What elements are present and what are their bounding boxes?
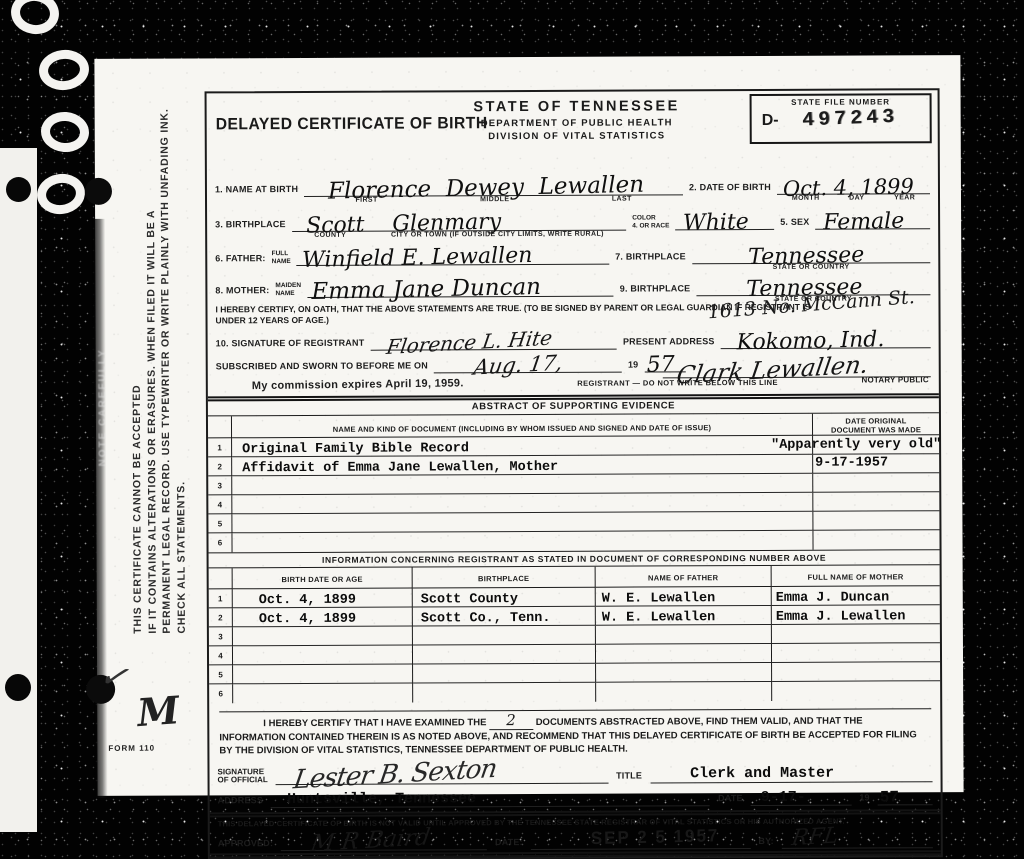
info-col-mother: FULL NAME OF MOTHER (772, 565, 940, 587)
certificate-form: DELAYED CERTIFICATE OF BIRTH STATE OF TE… (205, 88, 943, 859)
info-row-number: 1 (209, 589, 233, 608)
info-col-father: NAME OF FATHER (596, 566, 772, 588)
info-cell-mother (772, 643, 940, 663)
info-cell-birth (233, 627, 413, 647)
title-value: Clerk and Master (690, 765, 834, 783)
sex-field: Female (815, 199, 930, 230)
commission-row: My commission expires April 19, 1959. RE… (216, 373, 931, 393)
registrant-info-table: BIRTH DATE OR AGE BIRTHPLACE NAME OF FAT… (209, 565, 941, 703)
approval-row: APPROVED: M R Baird DATE: SEP 2 5 1957 B… (218, 826, 933, 851)
info-father-2: W. E. Lewallen (602, 610, 715, 625)
year-prefix: 19 (859, 794, 869, 806)
state-file-number-box: STATE FILE NUMBER D- 497243 (750, 93, 932, 144)
info-col-birthdate: BIRTH DATE OR AGE (233, 568, 413, 590)
edge-note-careful: NOTE CAREFULLY (95, 326, 111, 488)
year-value: 57 (880, 788, 899, 806)
official-signature-field: Lester B. Sexton (276, 758, 608, 785)
approval-date-field: SEP 2 5 1957 (531, 827, 751, 850)
sex-label: 5. SEX (780, 218, 809, 230)
abstract-row-date: "Apparently very old" (812, 435, 939, 455)
info-cell-father: W. E. Lewallen (596, 606, 772, 626)
binder-hole-icon (34, 171, 87, 217)
abstract-row-number: 6 (208, 533, 232, 552)
abstract-row-document: Original Family Bible Record (232, 436, 812, 458)
scanned-document-background: { "scan": { "edge_note": "NOTE CAREFULLY… (0, 0, 1024, 859)
notary-signature-field: Clark Lewallen. (663, 351, 931, 378)
field-row-father: 6. FATHER: FULL NAME Winfield E. Lewalle… (215, 233, 930, 266)
date-of-birth-field: Oct. 4, 1899 MONTH DAY YEAR (777, 162, 930, 195)
race-label-bottom: 4. OR RACE (632, 222, 669, 230)
abstract-row-date (812, 511, 939, 531)
official-signature-label: SIGNATURE OF OFFICIAL (217, 768, 267, 785)
info-cell-place: Scott County (413, 588, 596, 608)
abstract-row-date (812, 492, 939, 512)
document-count-field: 2 (489, 716, 533, 730)
oath-statement: I HEREBY CERTIFY, ON OATH, THAT THE ABOV… (215, 302, 835, 326)
abstract-row-number: 1 (208, 438, 232, 457)
present-address-label: PRESENT ADDRESS (623, 337, 715, 349)
info-birth-2: Oct. 4, 1899 (259, 612, 356, 627)
address-field: Huntsville, Tennessee (271, 787, 710, 808)
abstract-row-document (232, 531, 812, 553)
father-label-bottom: NAME (272, 258, 291, 266)
abstract-row-document (232, 512, 812, 534)
punch-hole-icon (85, 178, 112, 205)
mother-label-top: MAIDEN (275, 282, 301, 290)
sworn-year-prefix: 19 (628, 361, 638, 373)
mother-name-field: Emma Jane Duncan (307, 268, 614, 298)
notary-public-label: NOTARY PUBLIC (861, 376, 930, 387)
info-row-number: 2 (209, 608, 233, 627)
approved-signature-field: M R Baird (281, 828, 487, 851)
abstract-table: NAME AND KIND OF DOCUMENT (INCLUDING BY … (208, 413, 940, 552)
title-field: Clerk and Master (650, 756, 933, 783)
certification-text-1: I HEREBY CERTIFY THAT I HAVE EXAMINED TH… (263, 717, 486, 729)
mother-birthplace-label: 9. BIRTHPLACE (620, 284, 691, 296)
birthplace-label: 3. BIRTHPLACE (215, 220, 286, 232)
father-label-top: FULL (272, 250, 291, 258)
handwritten-checkmark: ✓ (95, 654, 131, 699)
abstract-row-date: 9-17-1957 (812, 454, 939, 474)
abstract-row-date (812, 530, 939, 550)
father-birthplace-label: 7. BIRTHPLACE (615, 252, 686, 264)
info-cell-place (413, 626, 596, 646)
form-header: DELAYED CERTIFICATE OF BIRTH STATE OF TE… (207, 90, 938, 155)
date-label: DATE (718, 794, 743, 806)
abstract-row-number: 4 (208, 495, 232, 514)
name-at-birth-label: 1. NAME AT BIRTH (215, 185, 298, 197)
official-address-row: ADDRESS Huntsville, Tennessee DATE 9-17-… (218, 786, 933, 808)
father-label: 6. FATHER: (215, 254, 265, 266)
binder-hole-icon (40, 110, 91, 153)
sidebar-instruction-line: PERMANENT LEGAL RECORD. USE TYPEWRITER O… (158, 148, 175, 634)
info-row-number: 3 (209, 627, 233, 646)
date-value: 9-17- (761, 789, 806, 806)
approved-label: APPROVED: (218, 839, 273, 851)
sworn-label: SUBSCRIBED AND SWORN TO BEFORE ME ON (216, 362, 428, 375)
date-of-birth-label: 2. DATE OF BIRTH (689, 183, 771, 195)
info-place-2: Scott Co., Tenn. (421, 611, 551, 627)
abstract-date-2: 9-17-1957 (815, 455, 888, 470)
division-name: DIVISION OF VITAL STATISTICS (447, 130, 707, 142)
binder-hole-icon (37, 47, 91, 92)
abstract-doc-1: Original Family Bible Record (242, 441, 469, 457)
by-signature-value: RFL (790, 823, 840, 851)
info-cell-father: W. E. Lewallen (596, 587, 772, 607)
father-fullname-label: FULL NAME (272, 250, 291, 266)
certificate-paper: NOTE CAREFULLY THIS CERTIFICATE CANNOT B… (94, 55, 963, 796)
field-row-registrant-signature: 10. SIGNATURE OF REGISTRANT Florence L. … (216, 324, 931, 351)
info-cell-mother (772, 662, 940, 682)
sidebar-instruction-line: CHECK ALL STATEMENTS. (172, 147, 189, 633)
info-cell-birth (233, 646, 413, 666)
info-cell-place (413, 664, 596, 684)
punch-hole-icon (6, 177, 31, 202)
info-cell-father (596, 625, 772, 645)
abstract-row-date (812, 473, 939, 493)
info-cell-father (596, 682, 772, 702)
issuing-authority: STATE OF TENNESSEE DEPARTMENT OF PUBLIC … (447, 98, 707, 142)
sworn-date-field: Aug. 17, (434, 352, 622, 374)
info-cell-father (596, 663, 772, 683)
abstract-row-number: 5 (208, 514, 232, 533)
title-label: TITLE (616, 772, 642, 784)
sidebar-instructions: THIS CERTIFICATE CANNOT BE ACCEPTED IF I… (129, 147, 189, 633)
by-label: BY: (758, 837, 773, 849)
address-label: ADDRESS (218, 796, 263, 808)
color-or-race-value: White (683, 213, 749, 234)
abstract-doc-2: Affidavit of Emma Jane Lewallen, Mother (242, 460, 558, 476)
info-cell-mother (772, 681, 940, 701)
official-signature-row: SIGNATURE OF OFFICIAL Lester B. Sexton T… (217, 756, 932, 785)
by-signature-field: RFL (782, 826, 933, 849)
date-field: 9-17- (751, 787, 852, 806)
abstract-row-number: 2 (208, 457, 232, 476)
info-row-number: 6 (209, 684, 233, 703)
sig-label-bottom: OF OFFICIAL (218, 776, 268, 784)
info-birth-1: Oct. 4, 1899 (259, 593, 356, 608)
abstract-row-document (232, 493, 812, 515)
registrant-signature-field: Florence L. Hite (370, 326, 617, 351)
info-mother-2: Emma J. Lewallen (776, 609, 906, 625)
color-or-race-label: COLOR 4. OR RACE (632, 214, 669, 230)
approval-date-label: DATE: (495, 838, 523, 850)
state-file-number-row: D- 497243 (752, 106, 930, 132)
father-name-field: Winfield E. Lewallen (297, 235, 610, 266)
info-cell-mother: Emma J. Duncan (772, 586, 940, 606)
binder-hole-icon (8, 0, 61, 37)
official-certification-paragraph: I HEREBY CERTIFY THAT I HAVE EXAMINED TH… (219, 708, 931, 757)
info-mother-1: Emma J. Duncan (776, 590, 889, 605)
info-cell-birth: Oct. 4, 1899 (233, 608, 413, 628)
mother-name-value: Emma Jane Duncan (311, 277, 541, 303)
state-name: STATE OF TENNESSEE (447, 98, 707, 115)
address-value: Huntsville, Tennessee (287, 790, 476, 808)
abstract-num-header (208, 416, 232, 438)
info-cell-mother (772, 624, 940, 644)
sex-value: Female (823, 212, 905, 234)
present-address-field: Kokomo, Ind. (721, 324, 931, 349)
info-col-birthplace: BIRTHPLACE (413, 567, 596, 589)
info-cell-place (413, 645, 596, 665)
abstract-document-column-header: NAME AND KIND OF DOCUMENT (INCLUDING BY … (232, 414, 812, 439)
abstract-row-number: 3 (208, 476, 232, 495)
info-cell-place (413, 683, 596, 703)
handwritten-m-mark: M (136, 687, 181, 735)
info-num-header (209, 568, 233, 589)
info-cell-birth (233, 684, 413, 704)
info-cell-birth: Oct. 4, 1899 (233, 589, 413, 609)
info-cell-mother: Emma J. Lewallen (772, 605, 940, 625)
info-row-number: 5 (209, 665, 233, 684)
commission-stamp: My commission expires April 19, 1959. (252, 377, 464, 392)
abstract-row-document: Affidavit of Emma Jane Lewallen, Mother (232, 455, 812, 477)
mother-label-bottom: NAME (275, 289, 301, 297)
color-or-race-field: White (675, 200, 774, 230)
field-row-sworn: SUBSCRIBED AND SWORN TO BEFORE ME ON Aug… (216, 351, 686, 374)
info-cell-father (596, 644, 772, 664)
approval-date-stamp: SEP 2 5 1957 (591, 826, 720, 850)
adjacent-page-edge (0, 148, 37, 832)
form-number: FORM 110 (108, 744, 155, 753)
field-row-name-dob: 1. NAME AT BIRTH Florence Dewey Lewallen… (215, 162, 930, 197)
department-name: DEPARTMENT OF PUBLIC HEALTH (447, 117, 707, 129)
info-place-1: Scott County (421, 592, 518, 607)
info-row-number: 4 (209, 646, 233, 665)
abstract-row-document (232, 474, 812, 496)
field-row-birthplace-race-sex: 3. BIRTHPLACE Scott Glenmary COUNTY CITY… (215, 199, 930, 232)
info-cell-birth (233, 665, 413, 685)
abstract-date-1: "Apparently very old" (771, 437, 941, 453)
registrant-signature-label: 10. SIGNATURE OF REGISTRANT (216, 339, 365, 352)
file-number-prefix: D- (762, 111, 779, 129)
year-field: 57 (878, 786, 933, 805)
file-number-stamp: 497243 (778, 105, 922, 134)
mother-label: 8. MOTHER: (215, 286, 269, 298)
punch-hole-icon (5, 674, 31, 701)
race-label-top: COLOR (632, 214, 669, 222)
info-father-1: W. E. Lewallen (602, 591, 715, 606)
info-cell-place: Scott Co., Tenn. (413, 607, 596, 627)
father-birthplace-field: Tennessee STATE OR COUNTRY (692, 233, 931, 264)
mother-maidenname-label: MAIDEN NAME (275, 282, 301, 298)
abstract-date-column-header: DATE ORIGINAL DOCUMENT WAS MADE (812, 413, 939, 436)
birthplace-field: Scott Glenmary COUNTY CITY OR TOWN (IF O… (292, 201, 627, 232)
name-at-birth-field: Florence Dewey Lewallen FIRST MIDDLE LAS… (304, 163, 683, 197)
document-count-value: 2 (506, 711, 516, 729)
